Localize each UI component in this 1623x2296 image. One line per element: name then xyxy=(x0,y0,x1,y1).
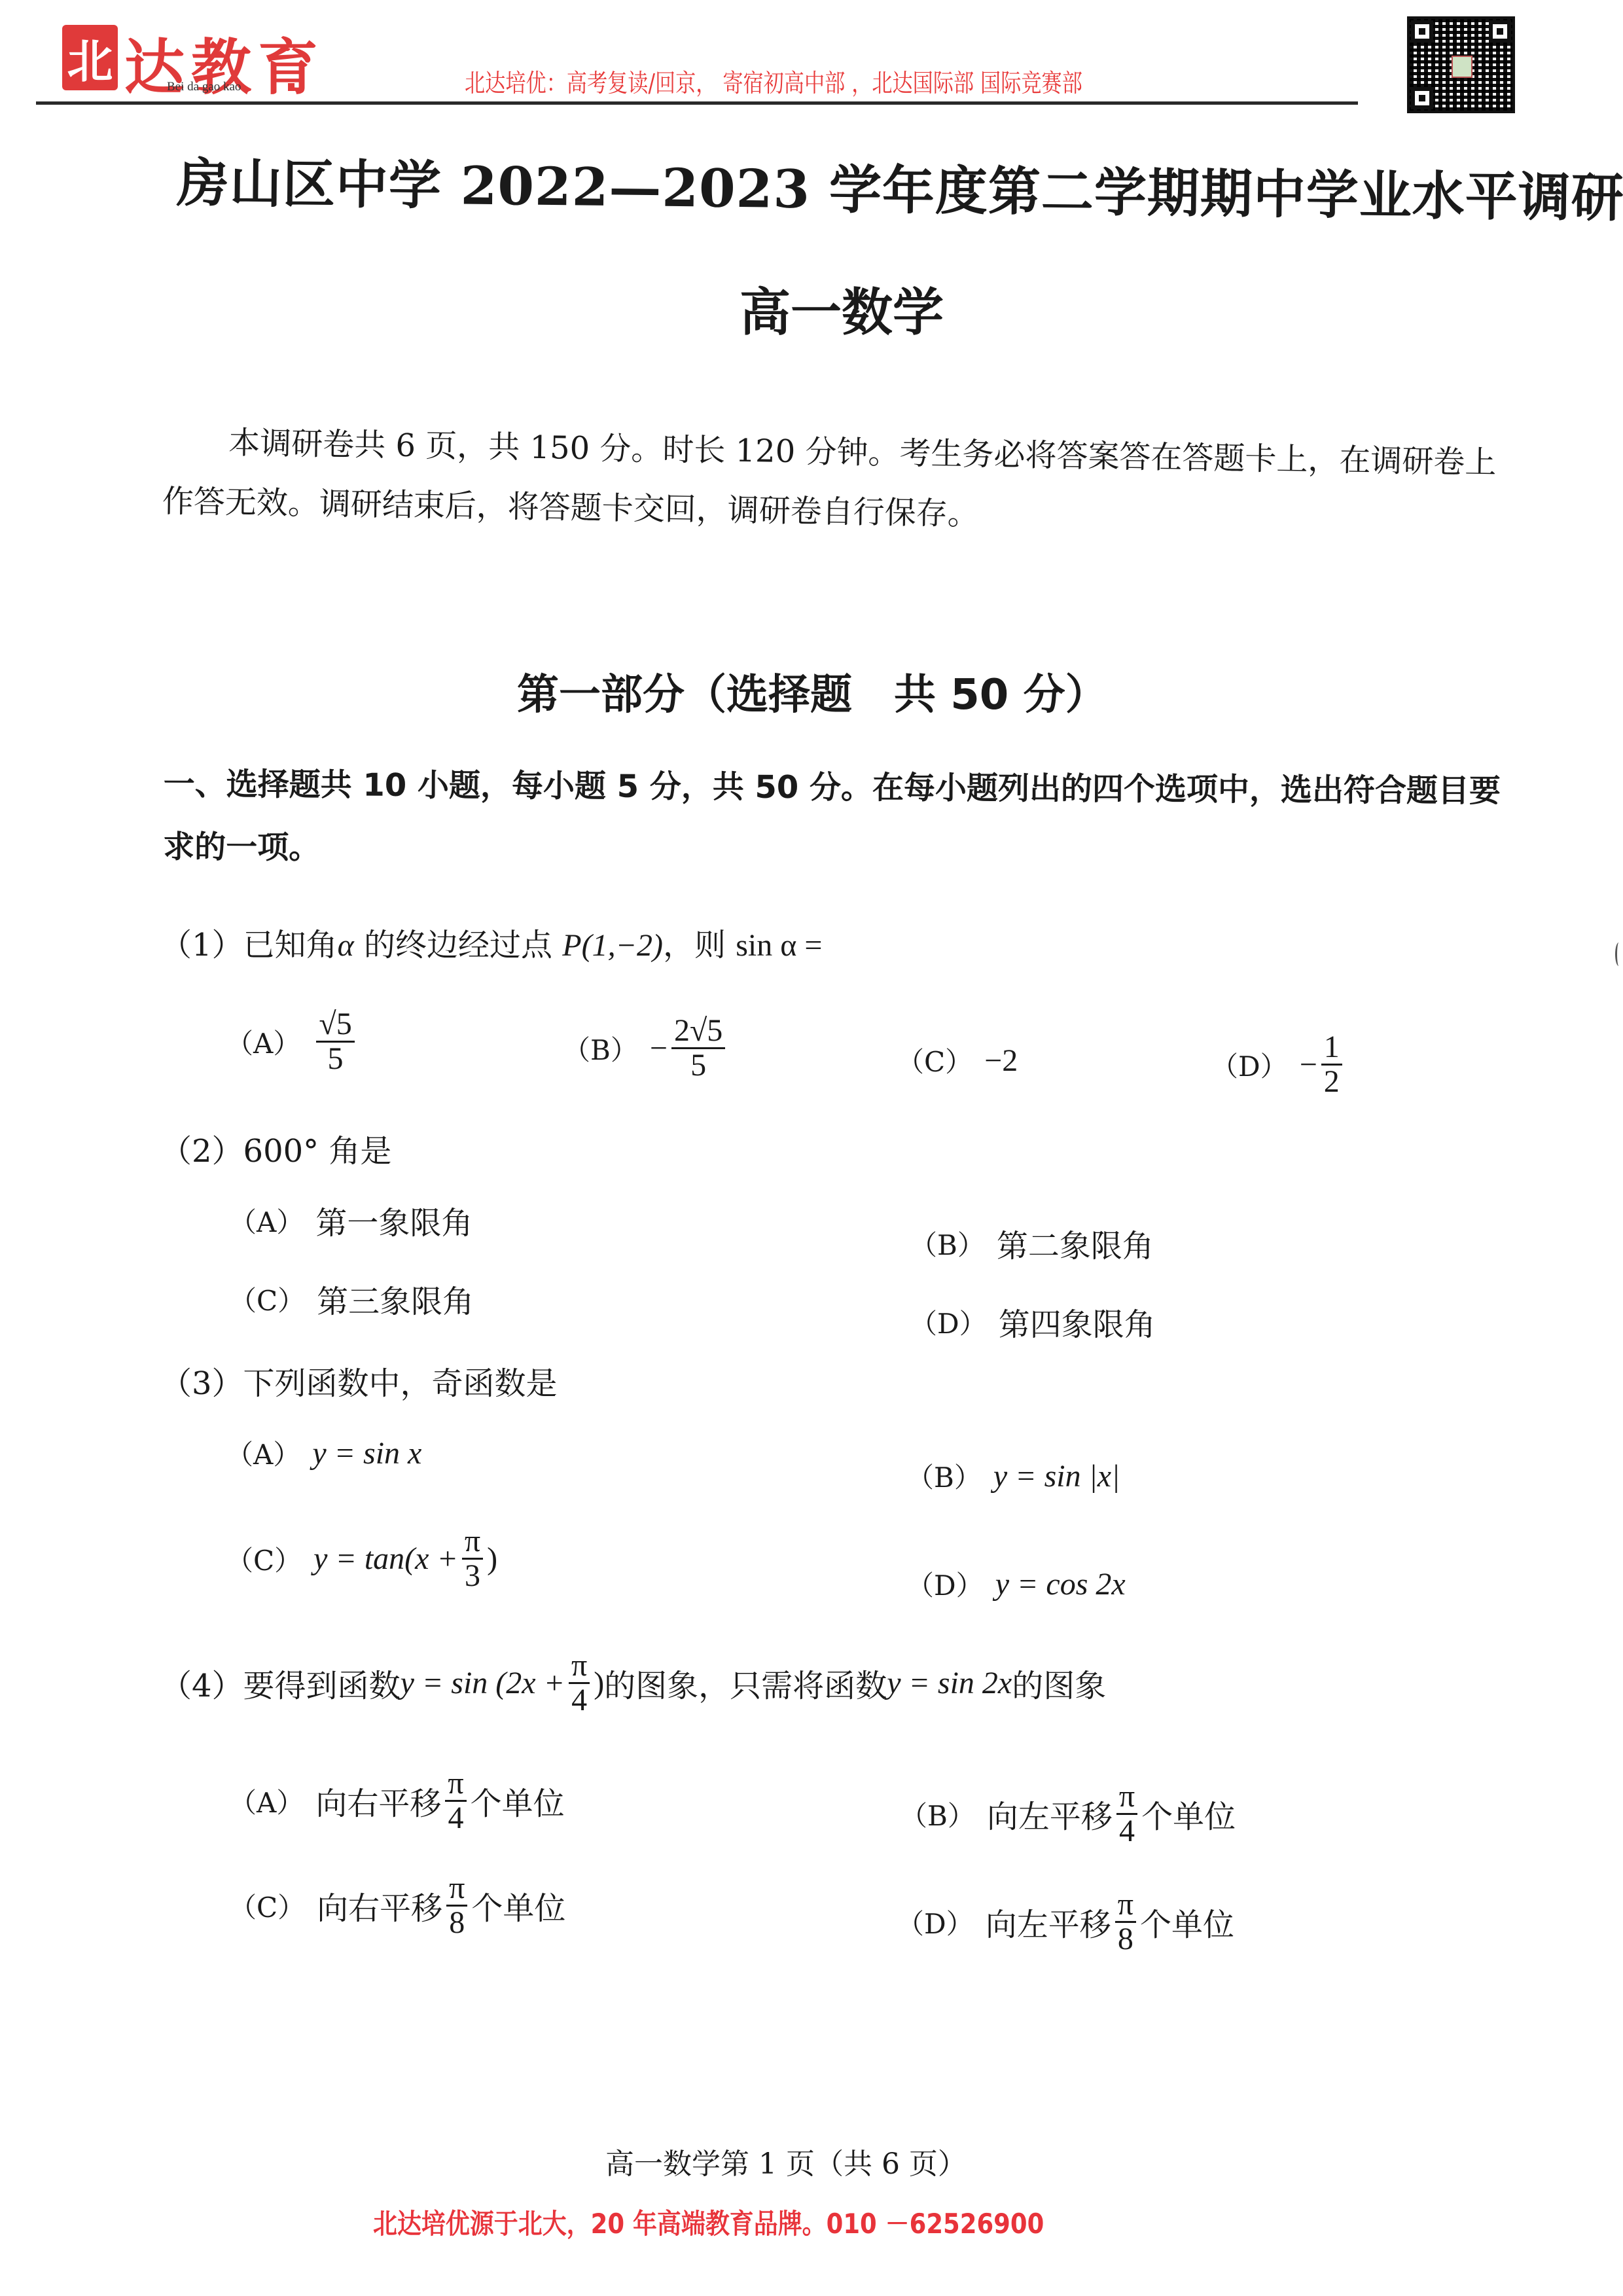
fraction: π8 xyxy=(1115,1888,1136,1956)
option-text: 个单位 xyxy=(1140,1899,1234,1945)
option-text: 向右平移 xyxy=(317,1883,442,1928)
question-4-option-b[interactable]: （B）向左平移 π4 个单位 xyxy=(900,1780,1236,1848)
option-formula: y = sin x xyxy=(312,1435,421,1471)
stem-text: 600° 角是 xyxy=(243,1133,392,1170)
option-text: 个单位 xyxy=(471,1883,565,1928)
stem-text: 的图象，只需将函数 xyxy=(604,1660,887,1706)
option-label: （D） xyxy=(1211,1045,1288,1085)
question-1-option-c[interactable]: （C） −2 xyxy=(897,1041,1018,1080)
option-text: 第三象限角 xyxy=(317,1276,474,1321)
stem-text: ，则 xyxy=(663,927,736,963)
option-text: 向左平移 xyxy=(986,1899,1111,1945)
denominator: 8 xyxy=(449,1907,465,1939)
fraction: π4 xyxy=(569,1649,590,1717)
option-label: （C） xyxy=(897,1041,972,1080)
qr-finder-icon xyxy=(1411,87,1433,109)
question-4-option-a[interactable]: （A）向右平移 π4 个单位 xyxy=(229,1767,565,1835)
document-subtitle: 高一数学 xyxy=(740,272,944,345)
question-1-option-a[interactable]: （A） √55 xyxy=(226,1008,359,1076)
denominator: 5 xyxy=(690,1049,706,1082)
fraction: 12 xyxy=(1321,1031,1342,1099)
option-label: （D） xyxy=(897,1903,974,1942)
denominator: 5 xyxy=(328,1043,344,1075)
stem-point: P(1,−2) xyxy=(562,928,663,963)
minus-sign: − xyxy=(650,1030,668,1066)
question-number: （1） xyxy=(160,927,243,963)
question-2-option-c[interactable]: （C）第三象限角 xyxy=(229,1276,474,1321)
denominator: 4 xyxy=(448,1802,463,1835)
document-intro: 本调研卷共 6 页，共 150 分。时长 120 分钟。考生务必将答案答在答题卡… xyxy=(162,412,1512,553)
question-number: （4） xyxy=(160,1660,243,1706)
question-number: （3） xyxy=(160,1365,243,1402)
option-label: （D） xyxy=(906,1564,984,1604)
numerator: π xyxy=(446,1872,467,1907)
stem-text: 的图象 xyxy=(1012,1660,1106,1706)
option-text: 第二象限角 xyxy=(997,1221,1154,1266)
option-label: （D） xyxy=(910,1302,987,1342)
stem-formula: y = sin 2x xyxy=(887,1665,1012,1701)
fraction: π4 xyxy=(1116,1780,1137,1848)
question-3-option-b[interactable]: （B）y = sin |x| xyxy=(906,1456,1120,1496)
numerator: π xyxy=(569,1649,590,1684)
option-label: （B） xyxy=(900,1795,975,1834)
footer-advertisement: 北达培优源于北大，20 年高端教育品牌。010 －62526900 xyxy=(373,2202,1044,2242)
question-2-stem: （2）600° 角是 xyxy=(160,1126,391,1171)
option-formula: y = sin |x| xyxy=(993,1458,1120,1494)
logo-subtitle: Bei da gao kao xyxy=(167,80,241,94)
question-3-option-a[interactable]: （A）y = sin x xyxy=(226,1433,421,1473)
qr-finder-icon xyxy=(1489,20,1511,43)
header-slogan: 北达培优：高考复读/回京， 寄宿初高中部 ，北达国际部 国际竞赛部 xyxy=(465,63,1082,99)
fraction: π3 xyxy=(462,1525,483,1593)
option-text: 个单位 xyxy=(1141,1791,1236,1837)
question-2-option-b[interactable]: （B）第二象限角 xyxy=(910,1221,1154,1266)
numerator: π xyxy=(445,1767,466,1802)
section-instructions: 一、选择题共 10 小题，每小题 5 分，共 50 分。在每小题列出的四个选项中… xyxy=(163,753,1512,886)
fraction: π4 xyxy=(445,1767,466,1835)
denominator: 4 xyxy=(1119,1815,1135,1848)
denominator: 2 xyxy=(1324,1066,1340,1098)
numerator: π xyxy=(1115,1888,1136,1923)
fraction: π8 xyxy=(446,1872,467,1940)
option-label: （A） xyxy=(226,1022,300,1062)
question-1-stem: （1）已知角α 的终边经过点 P(1,−2)，则 sin α = xyxy=(160,920,822,965)
question-3-option-d[interactable]: （D）y = cos 2x xyxy=(906,1564,1126,1604)
denominator: 3 xyxy=(465,1560,480,1592)
qr-finder-icon xyxy=(1411,20,1433,43)
denominator: 8 xyxy=(1118,1923,1133,1956)
logo-mark: 北 xyxy=(62,25,118,90)
option-label: （C） xyxy=(229,1886,305,1926)
numerator: π xyxy=(462,1525,483,1560)
option-label: （B） xyxy=(563,1029,638,1068)
fraction: √55 xyxy=(316,1008,354,1076)
numerator: 1 xyxy=(1321,1031,1342,1066)
stem-formula: y = sin (2x + xyxy=(401,1665,565,1701)
question-4-option-d[interactable]: （D）向左平移 π8 个单位 xyxy=(897,1888,1234,1956)
question-2-option-a[interactable]: （A）第一象限角 xyxy=(229,1198,473,1243)
question-3-option-c[interactable]: （C） y = tan(x + π3 ) xyxy=(226,1525,497,1593)
stem-text: 已知角 xyxy=(243,927,338,963)
fraction: 2√55 xyxy=(671,1014,725,1083)
option-label: （A） xyxy=(226,1433,300,1473)
question-2-option-d[interactable]: （D）第四象限角 xyxy=(910,1299,1156,1344)
question-number: （2） xyxy=(160,1133,243,1170)
option-label: （C） xyxy=(226,1539,302,1579)
option-label: （B） xyxy=(910,1224,985,1263)
question-4-stem: （4）要得到函数 y = sin (2x + π4 ) 的图象，只需将函数 y … xyxy=(160,1649,1106,1717)
header-divider xyxy=(36,101,1358,105)
option-label: （A） xyxy=(229,1201,304,1240)
page-number: 高一数学第 1 页（共 6 页） xyxy=(605,2140,967,2182)
numerator: π xyxy=(1116,1780,1137,1815)
part-heading: 第一部分（选择题 共 50 分） xyxy=(517,661,1107,721)
question-4-option-c[interactable]: （C）向右平移 π8 个单位 xyxy=(229,1872,565,1940)
scan-edge-mark xyxy=(1615,942,1622,966)
question-3-stem: （3）下列函数中，奇函数是 xyxy=(160,1358,558,1403)
stem-variable: α xyxy=(338,928,354,963)
option-formula: y = tan(x + xyxy=(313,1541,458,1577)
option-label: （B） xyxy=(906,1456,982,1496)
stem-formula: ) xyxy=(594,1665,604,1701)
option-label: （C） xyxy=(229,1280,305,1319)
option-text: 第四象限角 xyxy=(999,1299,1156,1344)
option-text: 个单位 xyxy=(471,1778,565,1823)
question-1-option-d[interactable]: （D） − 12 xyxy=(1211,1031,1346,1099)
denominator: 4 xyxy=(571,1684,587,1717)
minus-sign: − xyxy=(1300,1047,1317,1083)
stem-expression: sin α = xyxy=(736,928,822,963)
logo-dot xyxy=(288,83,294,91)
stem-text: 要得到函数 xyxy=(243,1660,401,1706)
stem-text: 下列函数中，奇函数是 xyxy=(243,1365,558,1402)
option-text: 向左平移 xyxy=(987,1791,1113,1837)
numerator: 2√5 xyxy=(671,1014,725,1049)
option-value: −2 xyxy=(984,1043,1018,1079)
option-formula: ) xyxy=(487,1541,497,1577)
numerator: √5 xyxy=(316,1008,354,1043)
option-text: 第一象限角 xyxy=(315,1198,473,1243)
stem-text: 的终边经过点 xyxy=(354,927,563,963)
option-label: （A） xyxy=(229,1782,304,1821)
option-text: 向右平移 xyxy=(315,1778,441,1823)
option-formula: y = cos 2x xyxy=(995,1566,1126,1602)
qr-logo-icon xyxy=(1452,56,1472,78)
question-1-option-b[interactable]: （B） − 2√55 xyxy=(563,1014,729,1083)
document-title: 房山区中学 2022—2023 学年度第二学期期中学业水平调研 xyxy=(176,141,1623,231)
